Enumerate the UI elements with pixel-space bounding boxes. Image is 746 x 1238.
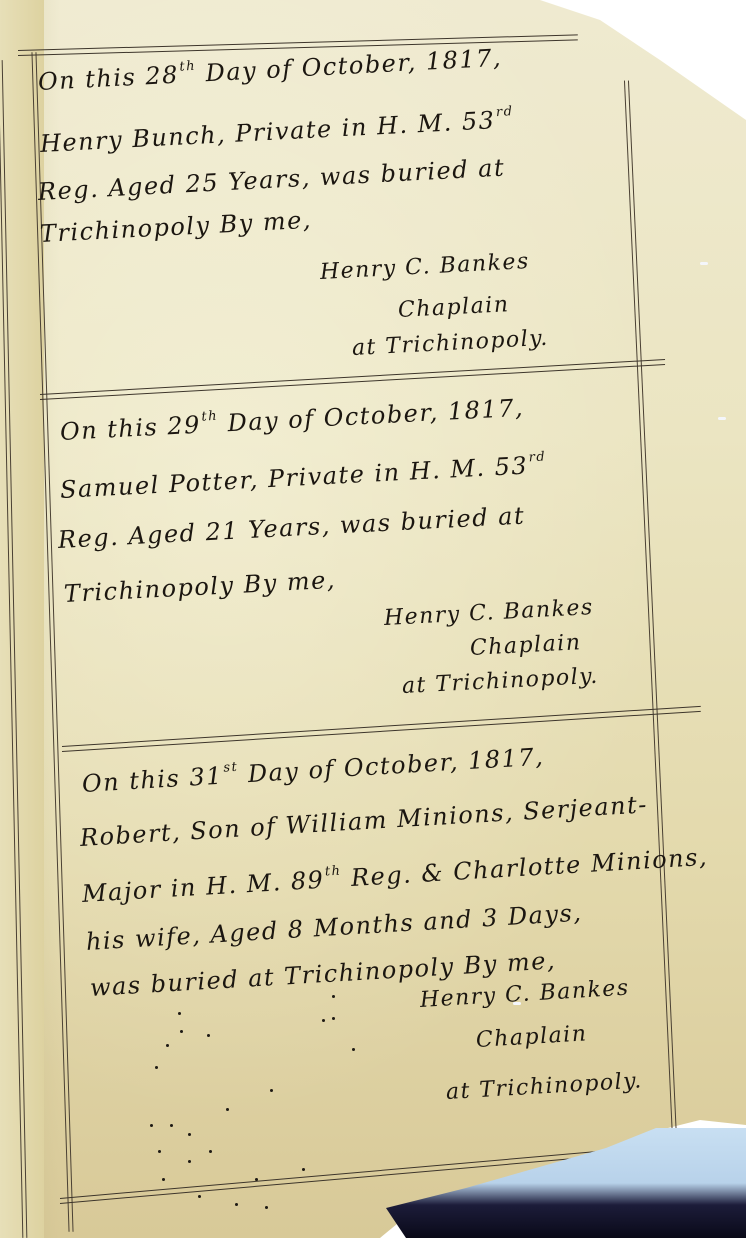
entry-2-day-suffix: th [201,409,218,425]
entry-1-day-suffix: th [179,59,196,75]
entry-3-regiment-suffix: th [324,864,341,880]
entry-1-regiment-suffix: rd [496,104,514,120]
entry-2-regiment-suffix: rd [528,450,546,466]
entry-3-day-suffix: st [223,760,239,776]
entry-2-signature-title: Chaplain [469,632,582,660]
entry-1-signature-title: Chaplain [397,294,510,322]
